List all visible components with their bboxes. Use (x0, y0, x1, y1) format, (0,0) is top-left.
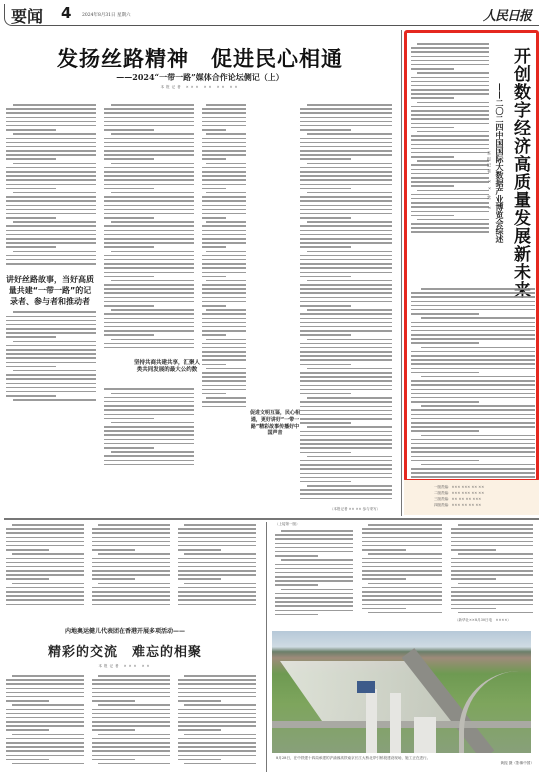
body-text-line (202, 297, 246, 299)
body-text-line (411, 359, 535, 361)
body-text-line (6, 713, 84, 715)
body-text-line (178, 591, 256, 593)
body-text-line (104, 234, 194, 236)
body-text-line (92, 713, 170, 715)
body-text-line (275, 547, 353, 549)
lower-column-4 (6, 675, 84, 767)
body-text-line (300, 418, 392, 420)
body-text-line (6, 528, 84, 530)
body-text-line (458, 583, 533, 585)
body-text-line (111, 309, 194, 311)
lower-column-3 (178, 524, 256, 608)
body-text-line (92, 595, 170, 597)
lower-column-1 (6, 524, 84, 608)
body-text-line (206, 192, 246, 194)
body-text-line (6, 238, 96, 240)
body-text-line (202, 171, 246, 173)
photo-caption: 8月28日，在中铁建十四局承建的沪渝蓉高铁南京长江大桥北岸引桥段建设现场，施工正… (276, 756, 534, 766)
body-text-line (104, 397, 194, 399)
body-text-line (451, 591, 533, 593)
body-text-line (300, 167, 392, 169)
body-text-line (411, 326, 535, 328)
body-text-line (275, 551, 353, 553)
body-text-line (104, 129, 154, 131)
body-text-line (178, 700, 221, 702)
body-text-line (411, 313, 479, 315)
body-text-line (6, 683, 84, 685)
body-text-line (92, 537, 170, 539)
body-text-line (300, 112, 392, 114)
body-text-line (300, 318, 392, 320)
body-text-line (92, 570, 170, 572)
body-text-line (92, 591, 170, 593)
body-text-line (202, 330, 246, 332)
body-text-line (111, 104, 194, 106)
body-text-line (458, 612, 533, 614)
body-text-line (12, 524, 84, 526)
photo-pier (390, 693, 401, 753)
body-text-line (300, 284, 392, 286)
lead-column-4 (300, 104, 392, 502)
body-text-line (307, 104, 392, 106)
body-text-line (178, 709, 256, 711)
body-text-line (300, 439, 392, 441)
body-text-line (104, 205, 194, 207)
body-text-line (300, 213, 392, 215)
body-text-line (92, 759, 135, 761)
body-text-line (6, 545, 84, 547)
body-text-line (6, 591, 84, 593)
body-text-line (300, 464, 392, 466)
body-text-line (307, 221, 392, 223)
body-text-line (104, 276, 154, 278)
body-text-line (6, 209, 96, 211)
body-text-line (104, 430, 194, 432)
body-text-line (13, 399, 96, 401)
body-text-line (281, 589, 353, 591)
body-text-line (300, 443, 392, 445)
body-text-line (6, 320, 96, 322)
body-text-line (104, 388, 194, 390)
body-text-line (6, 129, 56, 131)
body-text-line (202, 112, 246, 114)
body-text-line (104, 426, 194, 428)
body-text-line (202, 200, 246, 202)
body-text-line (202, 246, 226, 248)
lower-kicker: 内地奥运健儿代表团在香港开展多项活动—— (40, 626, 210, 635)
body-text-line (111, 422, 194, 424)
body-text-line (104, 158, 154, 160)
body-text-line (275, 568, 353, 570)
body-text-line (104, 334, 154, 336)
body-text-line (411, 397, 535, 399)
photo-construction-machine (357, 681, 375, 693)
body-text-line (178, 692, 256, 694)
body-text-line (362, 595, 442, 597)
body-text-line (411, 426, 535, 428)
body-text-line (417, 72, 489, 74)
body-text-line (6, 755, 84, 757)
body-text-line (300, 452, 351, 454)
body-text-line (6, 324, 96, 326)
body-text-line (300, 376, 392, 378)
body-text-line (300, 263, 392, 265)
body-text-line (178, 696, 256, 698)
body-text-line (6, 700, 49, 702)
body-text-line (184, 583, 256, 585)
publication-date: 2024年8月31日 星期六 (82, 12, 130, 18)
body-text-line (451, 599, 533, 601)
body-text-line (202, 184, 246, 186)
body-text-line (206, 133, 246, 135)
body-text-line (411, 380, 535, 382)
body-text-line (6, 225, 96, 227)
body-text-line (104, 414, 194, 416)
body-text-line (92, 750, 170, 752)
body-text-line (202, 238, 246, 240)
body-text-line (6, 234, 96, 236)
body-text-line (202, 205, 246, 207)
body-text-line (178, 738, 256, 740)
body-text-line (178, 599, 256, 601)
body-text-line (6, 595, 84, 597)
body-text-line (300, 142, 392, 144)
body-text-line (92, 721, 170, 723)
body-text-line (362, 587, 442, 589)
body-text-line (6, 587, 84, 589)
body-text-line (202, 138, 246, 140)
body-text-line (411, 85, 489, 87)
body-text-line (411, 414, 535, 416)
body-text-line (104, 230, 194, 232)
body-text-line (300, 334, 351, 336)
body-text-line (178, 549, 221, 551)
body-text-line (300, 305, 351, 307)
body-text-line (300, 372, 392, 374)
body-text-line (6, 688, 84, 690)
body-text-line (202, 276, 226, 278)
body-text-line (411, 372, 479, 374)
body-text-line (178, 679, 256, 681)
body-text-line (451, 570, 533, 572)
body-text-line (300, 125, 392, 127)
body-text-line (202, 255, 246, 257)
body-text-line (6, 213, 96, 215)
body-text-line (275, 610, 353, 612)
body-text-line (6, 709, 84, 711)
body-text-line (300, 276, 351, 278)
body-text-line (6, 138, 96, 140)
body-text-line (111, 451, 194, 453)
feature-headline[interactable]: 开创数字经济高质量发展新未来 (510, 47, 530, 299)
body-text-line (300, 225, 392, 227)
body-text-line (92, 574, 170, 576)
caption-text: 8月28日，在中铁建十四局承建的沪渝蓉高铁南京长江大桥北岸引桥段建设现场，施工正… (276, 756, 430, 760)
body-text-line (362, 599, 442, 601)
body-text-line (104, 125, 194, 127)
body-text-line (362, 537, 442, 539)
body-text-line (275, 572, 353, 574)
body-text-line (206, 251, 246, 253)
section-rule (4, 518, 539, 520)
body-text-line (300, 493, 392, 495)
body-text-line (6, 142, 96, 144)
body-text-line (104, 401, 194, 403)
body-text-line (202, 242, 246, 244)
body-text-line (6, 395, 56, 397)
body-text-line (202, 343, 246, 345)
body-text-line (6, 362, 96, 364)
body-text-line (6, 328, 96, 330)
body-text-line (202, 272, 246, 274)
body-text-line (411, 156, 454, 158)
body-text-line (275, 605, 353, 607)
body-text-line (421, 288, 535, 290)
body-text-line (275, 580, 353, 582)
body-text-line (300, 364, 351, 366)
body-text-line (104, 200, 194, 202)
body-text-line (411, 202, 489, 204)
body-text-line (300, 138, 392, 140)
body-text-line (300, 179, 392, 181)
body-text-line (300, 414, 392, 416)
body-text-line (411, 135, 489, 137)
body-text-line (202, 380, 246, 382)
body-text-line (104, 154, 194, 156)
body-text-line (178, 717, 256, 719)
body-text-line (104, 464, 194, 466)
body-text-line (300, 355, 392, 357)
body-text-line (300, 230, 392, 232)
body-text-line (12, 583, 84, 585)
body-text-line (6, 759, 49, 761)
body-text-line (92, 688, 170, 690)
body-text-line (411, 355, 535, 357)
body-text-line (202, 125, 246, 127)
body-text-line (411, 93, 489, 95)
body-text-line (411, 476, 535, 478)
body-text-line (411, 185, 454, 187)
news-photo[interactable] (272, 631, 531, 753)
body-text-line (6, 717, 84, 719)
body-text-line (451, 545, 533, 547)
body-text-line (202, 179, 246, 181)
body-text-line (411, 123, 489, 125)
body-text-line (300, 460, 392, 462)
body-text-line (6, 696, 84, 698)
body-text-line (275, 614, 318, 616)
body-text-line (12, 675, 84, 677)
lower-column-2 (92, 524, 170, 608)
body-text-line (300, 242, 392, 244)
body-text-line (184, 704, 256, 706)
body-text-line (12, 763, 84, 765)
body-text-line (202, 263, 246, 265)
body-text-line (300, 393, 351, 395)
body-text-line (300, 498, 392, 500)
body-text-line (411, 296, 535, 298)
body-text-line (300, 435, 392, 437)
body-text-line (92, 566, 170, 568)
body-text-line (362, 562, 442, 564)
body-text-line (307, 309, 392, 311)
body-text-line (104, 305, 154, 307)
body-text-line (300, 117, 392, 119)
body-text-line (178, 725, 256, 727)
body-text-line (104, 330, 194, 332)
body-text-line (104, 175, 194, 177)
body-text-line (300, 238, 392, 240)
body-text-line (411, 215, 454, 217)
body-text-line (300, 401, 392, 403)
body-text-line (104, 117, 194, 119)
body-text-line (275, 564, 353, 566)
body-text-line (202, 393, 226, 395)
body-text-line (202, 406, 246, 408)
body-text-line (6, 336, 56, 338)
body-text-line (300, 255, 392, 257)
body-text-line (417, 43, 489, 45)
body-text-line (202, 129, 226, 131)
body-text-line (417, 219, 489, 221)
body-text-line (362, 574, 442, 576)
body-text-line (307, 251, 392, 253)
body-text-line (362, 558, 442, 560)
body-text-line (300, 447, 392, 449)
body-text-line (307, 426, 392, 428)
body-text-line (178, 574, 256, 576)
body-text-line (451, 528, 533, 530)
body-text-line (6, 391, 96, 393)
body-text-line (451, 595, 533, 597)
body-text-line (300, 406, 392, 408)
body-text-line (206, 163, 246, 165)
body-text-line (300, 385, 392, 387)
body-text-line (178, 729, 221, 731)
body-text-line (6, 332, 96, 334)
body-text-line (92, 549, 135, 551)
body-text-line (417, 131, 489, 133)
body-text-line (12, 553, 84, 555)
lower-right-column-3 (451, 524, 533, 616)
body-text-line (300, 431, 392, 433)
body-text-line (368, 524, 442, 526)
body-text-line (104, 322, 194, 324)
body-text-line (300, 184, 392, 186)
body-text-line (104, 259, 194, 261)
body-text-line (178, 595, 256, 597)
body-text-line (411, 118, 489, 120)
body-text-line (411, 64, 489, 66)
body-text-line (411, 368, 535, 370)
body-text-line (362, 578, 406, 580)
body-text-line (178, 755, 256, 757)
body-text-line (6, 345, 96, 347)
body-text-line (6, 171, 96, 173)
body-text-line (411, 309, 535, 311)
body-text-line (202, 288, 246, 290)
body-text-line (300, 196, 392, 198)
lead-headline[interactable]: 发扬丝路精神 促进民心相通 (0, 43, 400, 73)
body-text-line (98, 734, 170, 736)
body-text-line (111, 280, 194, 282)
body-text-line (275, 593, 353, 595)
body-text-line (202, 167, 246, 169)
body-text-line (421, 317, 535, 319)
body-text-line (6, 383, 96, 385)
body-text-line (275, 543, 353, 545)
body-text-line (202, 217, 226, 219)
body-text-line (300, 154, 392, 156)
body-text-line (104, 217, 154, 219)
body-text-line (104, 246, 154, 248)
body-text-line (104, 242, 194, 244)
lower-right-endnote: （新华社××8月30日电 ××××） (455, 618, 511, 623)
body-text-line (6, 549, 49, 551)
body-text-line (362, 528, 442, 530)
body-text-line (411, 77, 489, 79)
body-text-line (92, 700, 135, 702)
body-text-line (6, 541, 84, 543)
body-text-line (92, 558, 170, 560)
body-text-line (98, 583, 170, 585)
body-text-line (6, 692, 84, 694)
body-text-line (92, 746, 170, 748)
body-text-line (178, 688, 256, 690)
body-text-line (362, 570, 442, 572)
lead-column-3 (202, 104, 246, 410)
body-text-line (451, 566, 533, 568)
body-text-line (92, 545, 170, 547)
body-text-line (451, 562, 533, 564)
body-text-line (202, 322, 246, 324)
lower-headline[interactable]: 精彩的交流 难忘的相聚 (40, 641, 210, 660)
body-text-line (104, 292, 194, 294)
body-text-line (362, 545, 442, 547)
body-text-line (411, 401, 479, 403)
lead-endnote: （本报记者 ×× ×× 参与采写） (330, 507, 380, 512)
photo-pier (366, 689, 377, 753)
body-text-line (104, 455, 194, 457)
body-text-line (300, 288, 392, 290)
body-text-line (411, 322, 535, 324)
body-text-line (6, 230, 96, 232)
feature-article-highlight[interactable]: 开创数字经济高质量发展新未来 ——二〇二四中国国际大数据产业博览会综述 本报记者… (404, 30, 539, 482)
body-text-line (6, 750, 84, 752)
body-text-line (300, 322, 392, 324)
feature-body-lower (411, 288, 535, 497)
body-text-line (6, 558, 84, 560)
body-text-line (300, 121, 392, 123)
column-divider (401, 30, 402, 516)
body-text-line (411, 456, 535, 458)
body-text-line (411, 301, 535, 303)
body-text-line (184, 553, 256, 555)
body-text-line (417, 160, 489, 162)
column-divider (266, 522, 267, 772)
body-text-line (300, 188, 351, 190)
body-text-line (458, 524, 533, 526)
lead-crosshead-1: 讲好丝路故事，当好高质量共建“一带一路”的记录者、参与者和推动者 (6, 275, 94, 307)
body-text-line (92, 532, 170, 534)
body-text-line (6, 387, 96, 389)
body-text-line (202, 213, 246, 215)
body-text-line (451, 574, 533, 576)
body-text-line (411, 363, 535, 365)
body-text-line (104, 263, 194, 265)
body-text-line (178, 578, 221, 580)
body-text-line (6, 604, 84, 606)
